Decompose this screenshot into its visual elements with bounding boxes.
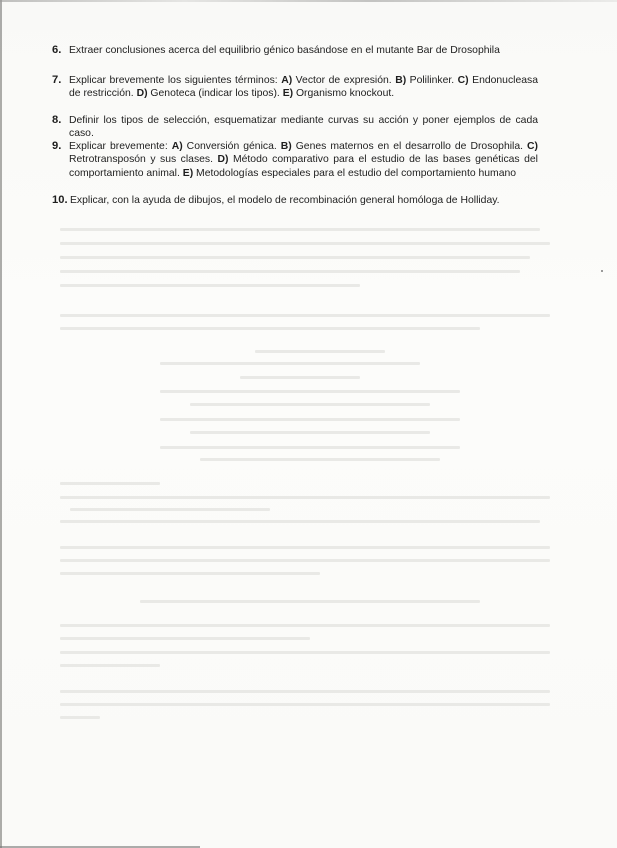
bleed-line xyxy=(60,690,550,693)
question-number: 10. xyxy=(52,194,68,207)
bleed-line xyxy=(60,572,320,575)
bleed-line xyxy=(60,496,550,499)
scan-speck xyxy=(601,270,603,272)
bleed-line xyxy=(200,458,440,461)
bleed-line xyxy=(140,600,480,603)
bleed-line xyxy=(60,242,550,245)
item-label: D) xyxy=(218,154,229,165)
question-8: 8. Definir los tipos de selección, esque… xyxy=(52,114,538,141)
question-text: Explicar brevemente los siguientes térmi… xyxy=(52,74,538,101)
scan-edge-left xyxy=(0,0,2,848)
question-text: Extraer conclusiones acerca del equilibr… xyxy=(52,44,538,57)
bleed-line xyxy=(160,390,460,393)
bleed-line xyxy=(60,284,360,287)
bleed-line xyxy=(190,431,430,434)
question-text: Definir los tipos de selección, esquemat… xyxy=(52,114,538,141)
text-segment: Definir los tipos de selección, esquemat… xyxy=(69,115,538,139)
item-label: A) xyxy=(172,141,183,152)
bleed-line xyxy=(240,376,360,379)
bleed-line xyxy=(160,362,420,365)
bleed-line xyxy=(60,546,550,549)
bleed-line xyxy=(160,418,460,421)
bleed-line xyxy=(60,651,550,654)
text-segment: Explicar brevemente los siguientes térmi… xyxy=(69,75,281,86)
item-label: E) xyxy=(283,88,293,99)
bleed-line xyxy=(255,350,385,353)
item-label: B) xyxy=(281,141,292,152)
text-segment: Extraer conclusiones acerca del equilibr… xyxy=(69,45,500,56)
bleed-line xyxy=(60,228,540,231)
bleed-line xyxy=(60,624,550,627)
question-7: 7. Explicar brevemente los siguientes té… xyxy=(52,74,538,101)
bleed-line xyxy=(60,314,550,317)
bleed-line xyxy=(60,270,520,273)
bleed-line xyxy=(60,664,160,667)
question-9: 9. Explicar brevemente: A) Conversión gé… xyxy=(52,140,538,180)
text-segment: Conversión génica. xyxy=(183,141,281,152)
item-label: C) xyxy=(458,75,469,86)
bleed-line xyxy=(60,637,310,640)
question-number: 9. xyxy=(52,140,61,153)
item-label: E) xyxy=(183,168,193,179)
text-segment: Genes maternos en el desarrollo de Droso… xyxy=(292,141,527,152)
bleed-line xyxy=(60,256,530,259)
question-text: Explicar, con la ayuda de dibujos, el mo… xyxy=(52,194,538,207)
scanned-page: 6. Extraer conclusiones acerca del equil… xyxy=(0,0,617,848)
bleed-line xyxy=(60,520,540,523)
question-number: 6. xyxy=(52,44,61,57)
question-text: Explicar brevemente: A) Conversión génic… xyxy=(52,140,538,180)
question-number: 7. xyxy=(52,74,61,87)
text-segment: Retrotransposón y sus clases. xyxy=(69,154,218,165)
text-segment: Polilinker. xyxy=(406,75,458,86)
bleed-line xyxy=(60,482,160,485)
scan-edge-top xyxy=(0,0,617,2)
text-segment: Explicar brevemente: xyxy=(69,141,172,152)
bleed-line xyxy=(60,716,100,719)
text-segment: Vector de expresión. xyxy=(292,75,395,86)
question-6: 6. Extraer conclusiones acerca del equil… xyxy=(52,44,538,57)
text-segment: Genoteca (indicar los tipos). xyxy=(148,88,283,99)
question-number: 8. xyxy=(52,114,61,127)
bleed-line xyxy=(160,446,460,449)
bleed-line xyxy=(190,403,430,406)
bleed-line xyxy=(60,327,480,330)
item-label: D) xyxy=(137,88,148,99)
question-10: 10. Explicar, con la ayuda de dibujos, e… xyxy=(52,194,538,207)
bleed-line xyxy=(60,703,550,706)
item-label: B) xyxy=(395,75,406,86)
item-label: C) xyxy=(527,141,538,152)
bleed-line xyxy=(60,559,550,562)
bleed-line xyxy=(70,508,270,511)
text-segment: Metodologías especiales para el estudio … xyxy=(193,168,516,179)
text-segment: Explicar, con la ayuda de dibujos, el mo… xyxy=(70,195,500,206)
text-segment: Organismo knockout. xyxy=(293,88,394,99)
item-label: A) xyxy=(281,75,292,86)
